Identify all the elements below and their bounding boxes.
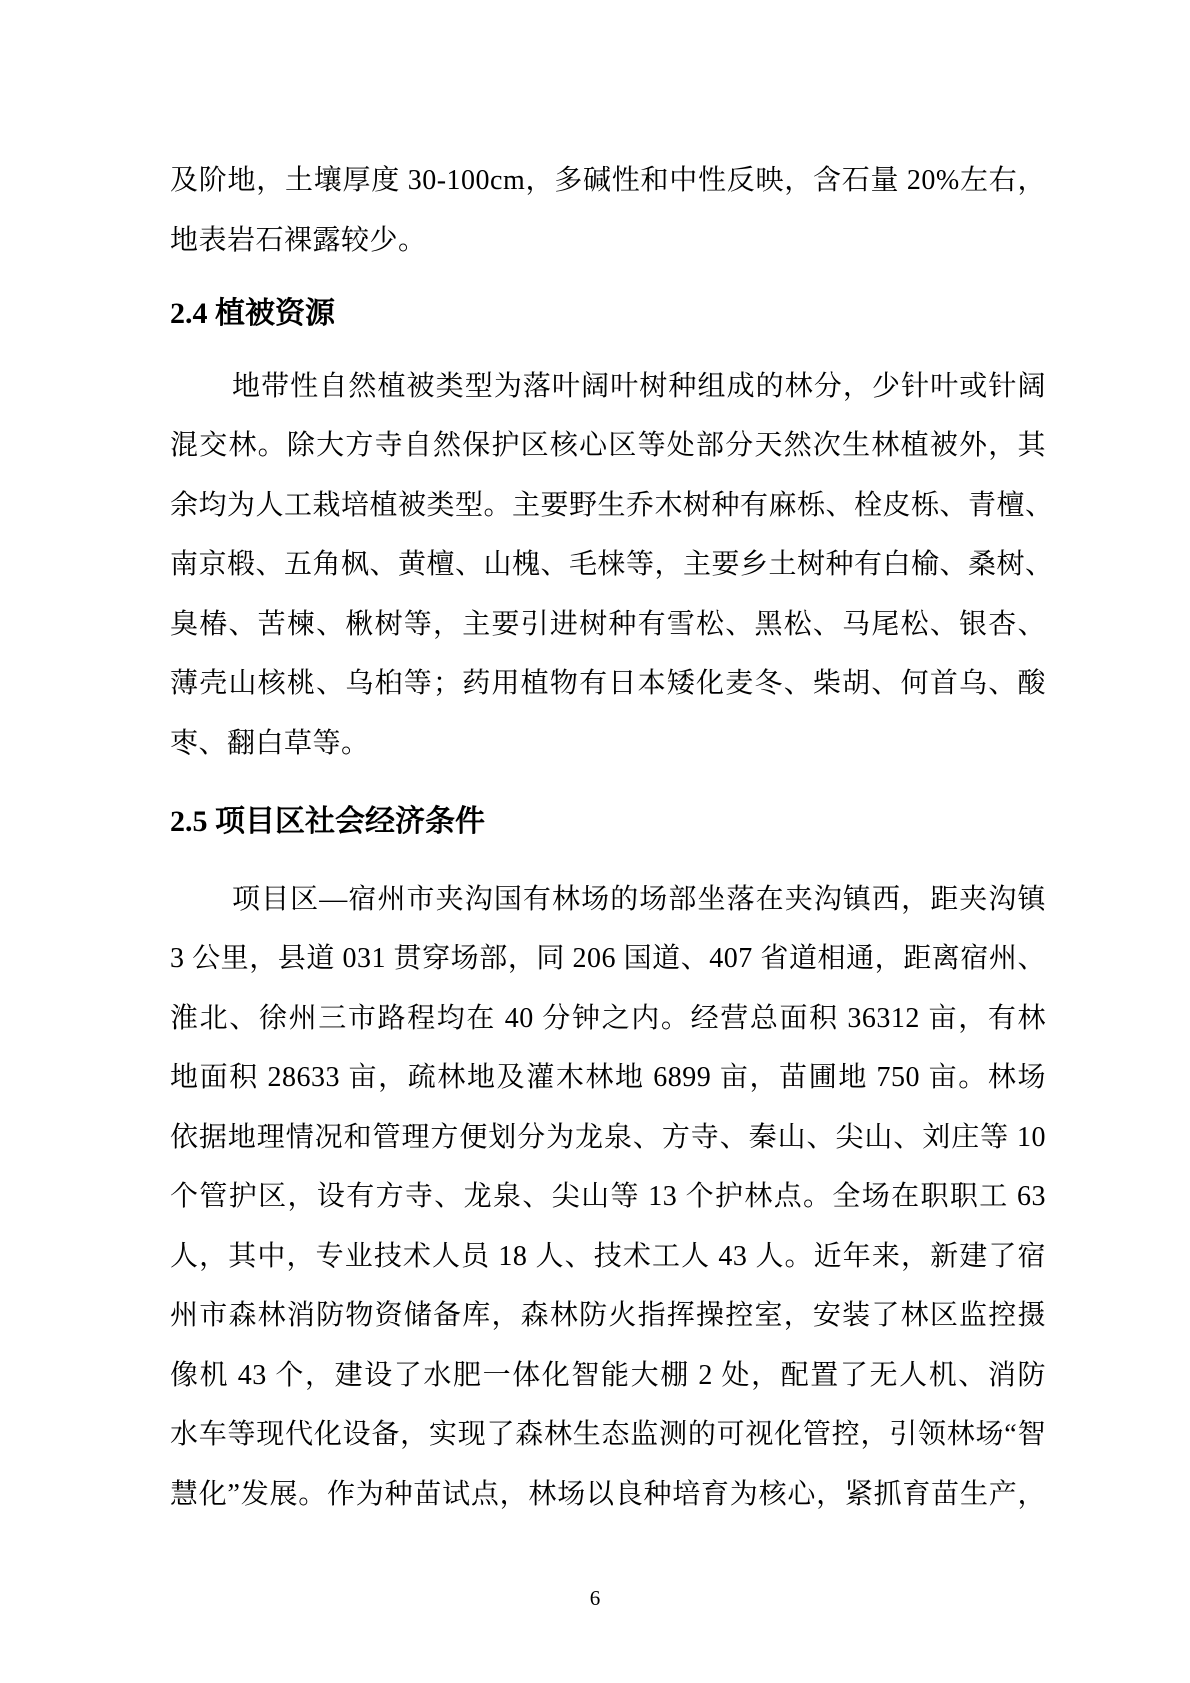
heading-2-5-socioeconomic-conditions: 2.5 项目区社会经济条件	[170, 792, 1046, 852]
text-line: 个管护区，设有方寺、龙泉、尖山等 13 个护林点。全场在职职工 63	[170, 1167, 1046, 1227]
text-line: 地带性自然植被类型为落叶阔叶树种组成的林分，少针叶或针阔	[170, 357, 1046, 417]
text-line: 水车等现代化设备，实现了森林生态监测的可视化管控，引领林场“智	[170, 1405, 1046, 1465]
text-line: 臭椿、苦楝、楸树等，主要引进树种有雪松、黑松、马尾松、银杏、	[170, 595, 1046, 655]
text-line: 余均为人工栽培植被类型。主要野生乔木树种有麻栎、栓皮栎、青檀、	[170, 476, 1046, 536]
heading-2-4-vegetation-resources: 2.4 植被资源	[170, 284, 1046, 344]
text-line: 地面积 28633 亩，疏林地及灌木林地 6899 亩，苗圃地 750 亩。林场	[170, 1048, 1046, 1108]
text-line: 薄壳山核桃、乌桕等；药用植物有日本矮化麦冬、柴胡、何首乌、酸	[170, 654, 1046, 714]
text-line: 慧化”发展。作为种苗试点，林场以良种培育为核心，紧抓育苗生产，	[170, 1465, 1046, 1525]
text-line: 依据地理情况和管理方便划分为龙泉、方寺、秦山、尖山、刘庄等 10	[170, 1108, 1046, 1168]
paragraph-project-area: 项目区—宿州市夹沟国有林场的场部坐落在夹沟镇西，距夹沟镇3 公里，县道 031 …	[170, 870, 1046, 1525]
document-page: 及阶地，土壤厚度 30-100cm，多碱性和中性反映，含石量 20%左右，地表岩…	[0, 0, 1190, 1683]
page-number: 6	[0, 1585, 1190, 1611]
page-body: 及阶地，土壤厚度 30-100cm，多碱性和中性反映，含石量 20%左右，地表岩…	[170, 151, 1046, 1524]
text-line: 人，其中，专业技术人员 18 人、技术工人 43 人。近年来，新建了宿	[170, 1227, 1046, 1287]
text-line: 州市森林消防物资储备库，森林防火指挥操控室，安装了林区监控摄	[170, 1286, 1046, 1346]
text-line: 3 公里，县道 031 贯穿场部，同 206 国道、407 省道相通，距离宿州、	[170, 929, 1046, 989]
text-line: 项目区—宿州市夹沟国有林场的场部坐落在夹沟镇西，距夹沟镇	[170, 870, 1046, 930]
text-line: 南京椴、五角枫、黄檀、山槐、毛梾等，主要乡土树种有白榆、桑树、	[170, 535, 1046, 595]
text-line: 及阶地，土壤厚度 30-100cm，多碱性和中性反映，含石量 20%左右，	[170, 151, 1046, 211]
text-line: 混交林。除大方寺自然保护区核心区等处部分天然次生林植被外，其	[170, 416, 1046, 476]
text-line: 淮北、徐州三市路程均在 40 分钟之内。经营总面积 36312 亩，有林	[170, 989, 1046, 1049]
paragraph-vegetation: 地带性自然植被类型为落叶阔叶树种组成的林分，少针叶或针阔混交林。除大方寺自然保护…	[170, 357, 1046, 774]
text-line: 枣、翻白草等。	[170, 714, 1046, 774]
paragraph-soil-continuation: 及阶地，土壤厚度 30-100cm，多碱性和中性反映，含石量 20%左右，地表岩…	[170, 151, 1046, 270]
text-line: 像机 43 个，建设了水肥一体化智能大棚 2 处，配置了无人机、消防	[170, 1346, 1046, 1406]
text-line: 地表岩石裸露较少。	[170, 211, 1046, 271]
